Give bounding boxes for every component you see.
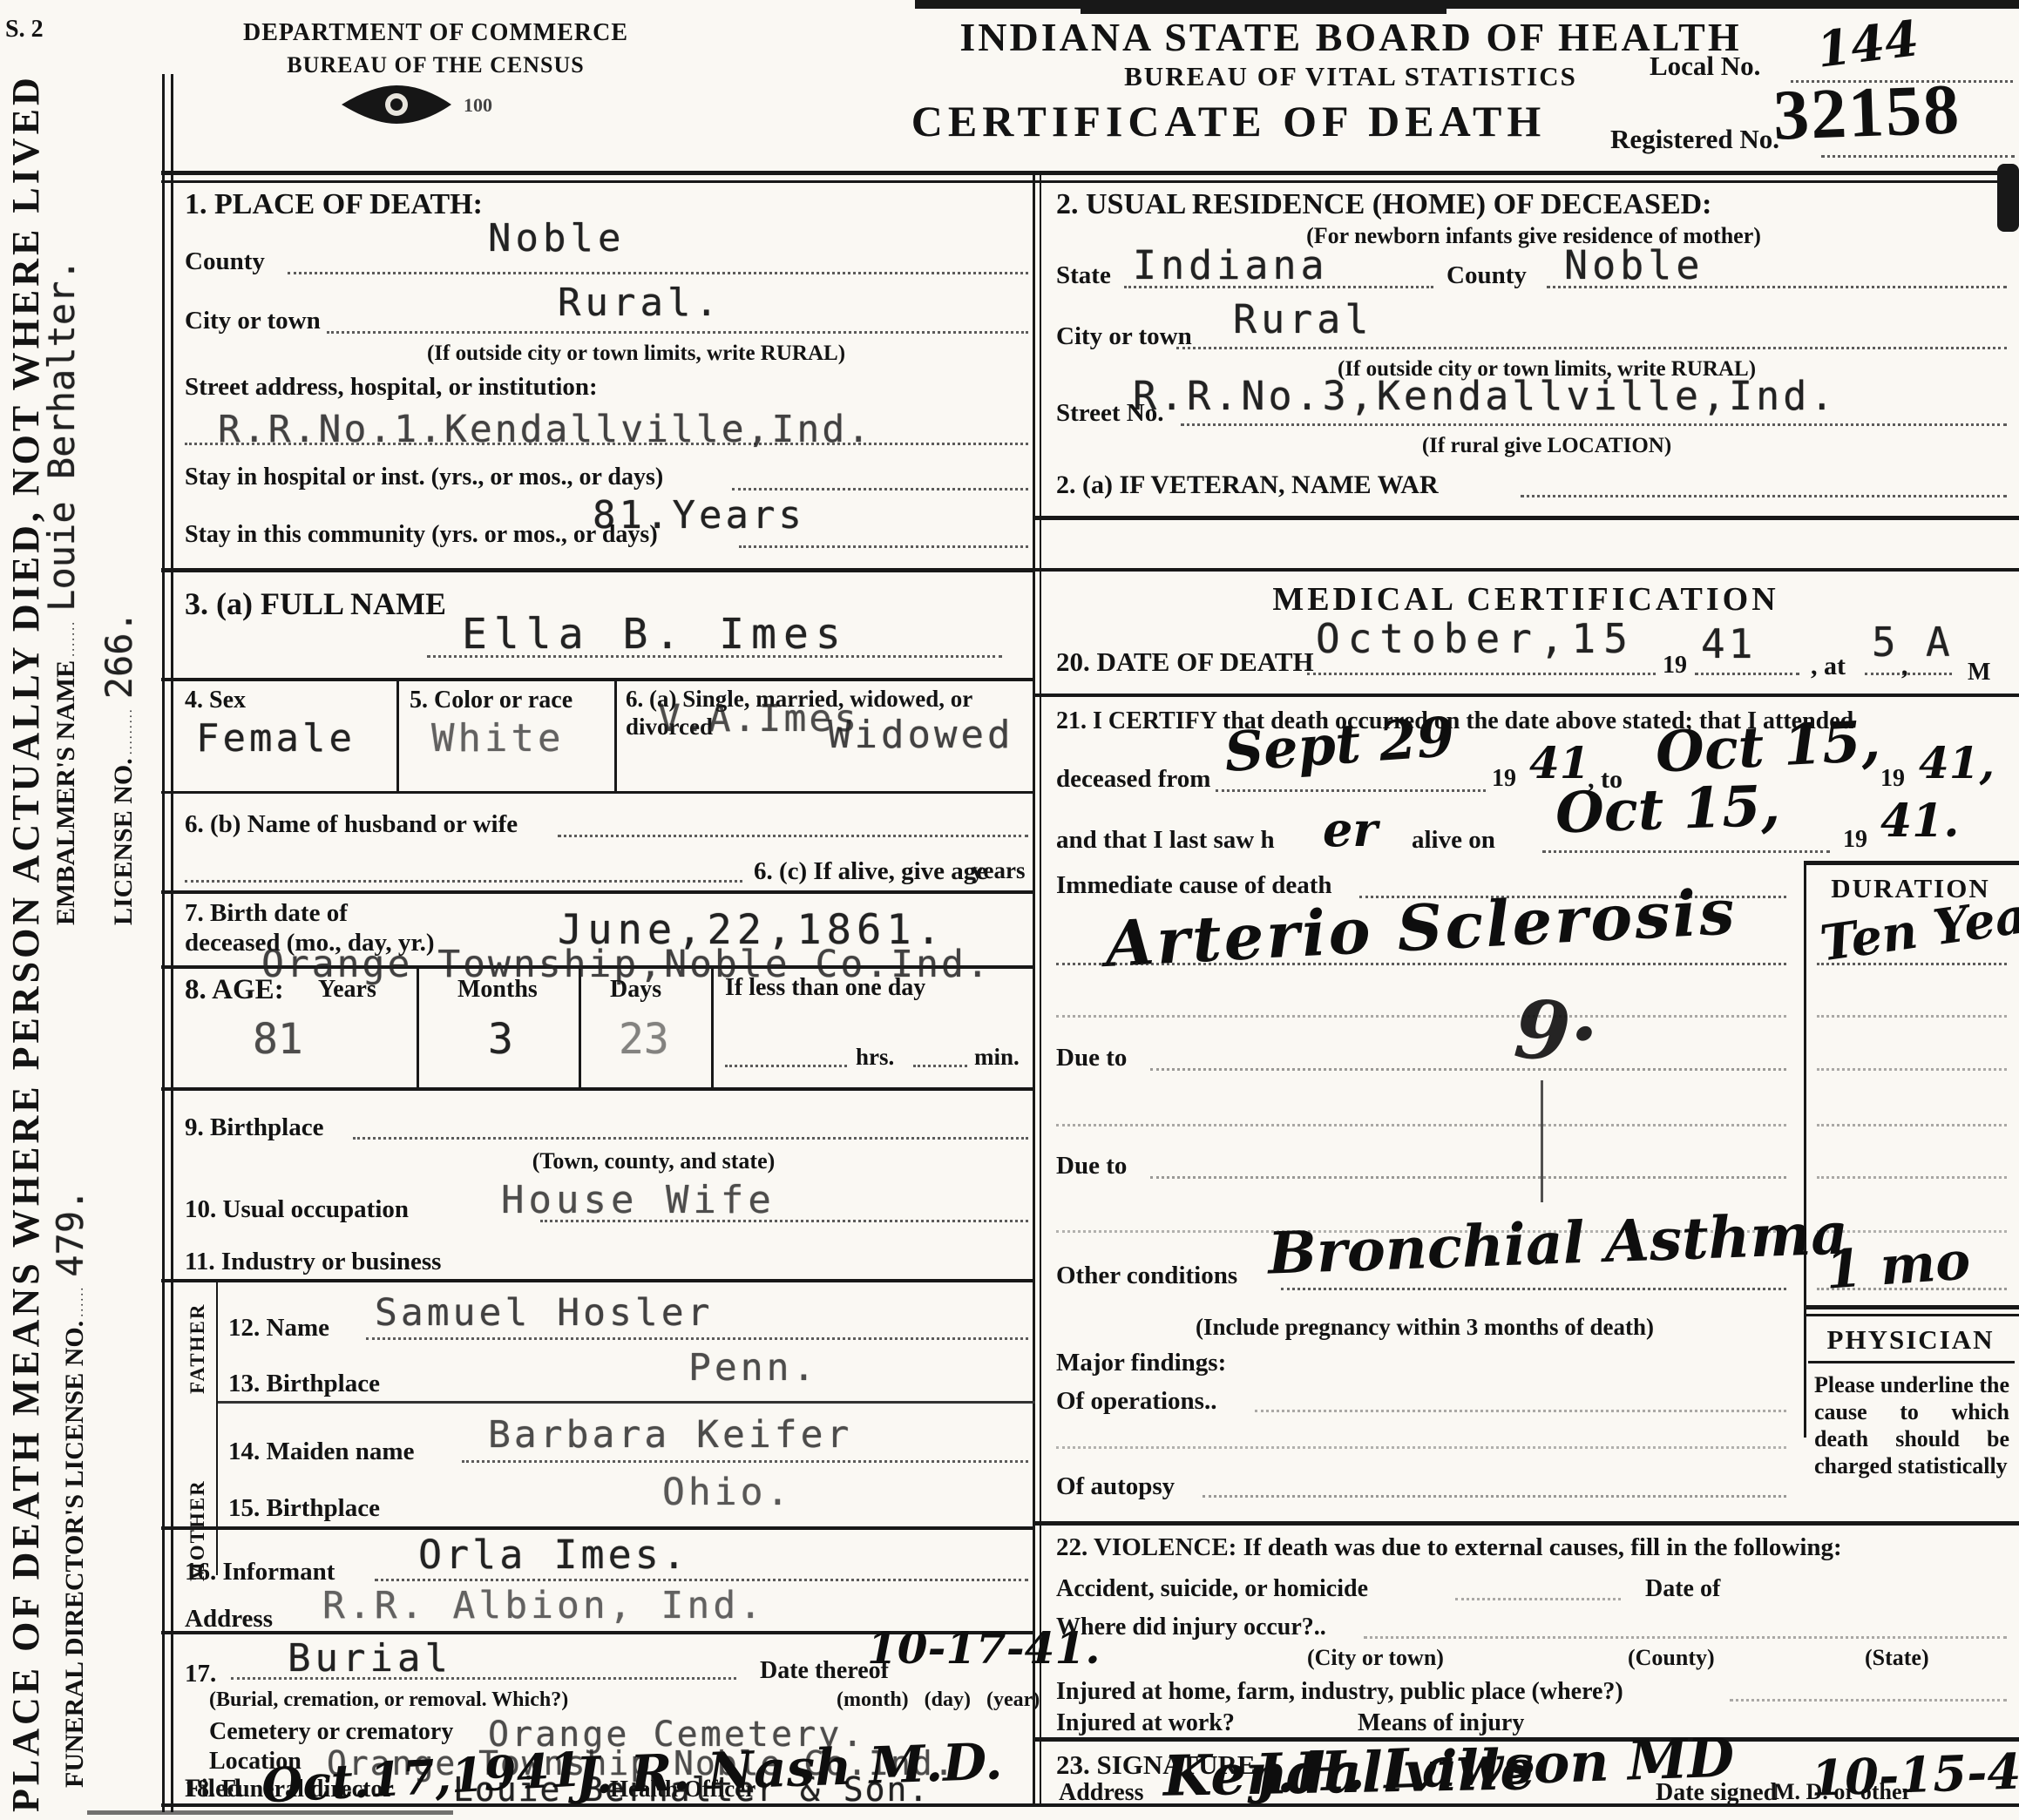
operations-line	[1255, 1410, 1786, 1412]
fd-license-label: FUNERAL DIRECTOR'S LICENSE NO.	[60, 1321, 89, 1788]
blank-dur-line-2	[1817, 1124, 2007, 1127]
informant-address-value: R.R. Albion, Ind.	[322, 1584, 765, 1627]
census-eye-seal-icon	[340, 84, 453, 125]
row11-bottom-rule	[161, 1279, 1035, 1282]
form-left-border-outer	[162, 74, 165, 1812]
embalmer-name-label: EMBALMER'S NAME	[51, 660, 80, 925]
age-hrs-line	[725, 1065, 847, 1067]
pod-county-value: Noble	[488, 216, 625, 260]
spouse-value: V.A.Imes	[658, 697, 859, 741]
row20-bottom-rule	[1033, 693, 2019, 697]
pod-city-value: Rural.	[558, 281, 722, 325]
dept-line1: DEPARTMENT OF COMMERCE	[187, 19, 684, 47]
scan-artifact-top-strip2	[1081, 0, 1446, 14]
physician-box-rule-2	[1804, 1314, 2019, 1316]
birthplace-label: 9. Birthplace	[185, 1113, 324, 1142]
age-min-line	[913, 1065, 967, 1067]
margin-embalmer-line: EMBALMER'S NAME ....... Louie Berhalter.	[40, 259, 83, 925]
age-days-value: 23	[619, 1015, 669, 1064]
age-months-value: 3	[488, 1015, 513, 1064]
violence-injured-work-label: Injured at work?	[1056, 1709, 1235, 1737]
physician-box-rule-3	[1808, 1361, 2015, 1363]
header-rule-1	[161, 171, 2019, 175]
stray-ink-tail	[1541, 1080, 1543, 1202]
violence-date-of-label: Date of	[1645, 1575, 1720, 1603]
father-tag: FATHER	[186, 1303, 209, 1394]
father-mother-divider	[216, 1401, 1035, 1404]
res-state-line	[1124, 286, 1433, 288]
birthdate-label1: 7. Birth date of	[185, 899, 348, 928]
violence-hint-city: (City or town)	[1307, 1645, 1444, 1671]
pod-city-label: City or town	[185, 307, 321, 335]
embalmer-license-label: LICENSE NO.	[109, 758, 138, 925]
section1-bottom-rule	[161, 568, 1035, 572]
res-state-label: State	[1056, 261, 1111, 290]
other-conditions-value: Bronchial Asthma	[1267, 1199, 1849, 1287]
dod-ampm-value: A	[1926, 619, 1950, 666]
physician-box-rule-1	[1804, 1305, 2019, 1309]
section2-bottom-rule	[1033, 516, 2019, 520]
disposition-number: 17.	[185, 1660, 216, 1688]
last-year-prefix: 19	[1843, 826, 1867, 854]
age-years-value: 81	[253, 1015, 303, 1064]
occupation-value: House Wife	[501, 1178, 776, 1222]
violence-injured-line	[1730, 1699, 2007, 1702]
residence-heading: 2. USUAL RESIDENCE (HOME) OF DECEASED:	[1056, 188, 1712, 221]
father-name-value: Samuel Hosler	[375, 1291, 714, 1335]
violence-where-label: Where did injury occur?..	[1056, 1614, 1326, 1641]
informant-value: Orla Imes.	[418, 1532, 689, 1578]
full-name-value: Ella B. Imes	[462, 610, 848, 659]
from-year-prefix: 19	[1492, 765, 1516, 793]
cause-line	[1056, 963, 1786, 965]
stray-ink-mark: 9·	[1511, 982, 1601, 1081]
spouse-label: 6. (b) Name of husband or wife	[185, 810, 518, 839]
res-county-label: County	[1446, 261, 1527, 290]
blank-line-1	[1056, 1015, 1786, 1018]
res-street-value: R.R.No.3,Kendallville,Ind.	[1133, 373, 1837, 419]
pod-stay-hospital-line	[732, 488, 1028, 491]
medical-heading: MEDICAL CERTIFICATION	[1033, 580, 2019, 619]
signature-address-value: Kendallville	[1162, 1737, 1535, 1809]
medbox-top-rule	[1033, 568, 2019, 572]
row8-bottom-rule	[161, 1087, 1035, 1091]
res-city-line	[1176, 347, 2007, 349]
disposition-type-hint: (Burial, cremation, or removal. Which?)	[209, 1688, 568, 1712]
race-label: 5. Color or race	[410, 687, 573, 714]
autopsy-label: Of autopsy	[1056, 1472, 1175, 1501]
column-divider-1	[1033, 174, 1035, 1803]
informant-address-label: Address	[185, 1605, 273, 1634]
major-findings-label: Major findings:	[1056, 1349, 1226, 1377]
local-no-label: Local No.	[1650, 51, 1760, 82]
fd-license-value: 479.	[49, 1189, 91, 1277]
dod-year-prefix: 19	[1663, 652, 1687, 680]
mother-maiden-value: Barbara Keifer	[488, 1413, 852, 1457]
pod-street-label: Street address, hospital, or institution…	[185, 373, 598, 402]
birthplace-line	[353, 1137, 1028, 1140]
sex-value: Female	[196, 716, 356, 761]
other-duration-value: 1 mo	[1824, 1230, 1973, 1301]
father-name-line	[366, 1337, 1028, 1340]
pod-county-line	[288, 272, 1028, 274]
father-name-label: 12. Name	[228, 1314, 329, 1343]
father-birthplace-label: 13. Birthplace	[228, 1370, 380, 1398]
date-of-death-value: October,15	[1316, 615, 1636, 662]
informant-line	[375, 1579, 1028, 1581]
row21-bottom-rule	[1033, 1521, 2019, 1526]
row456-top-rule	[161, 678, 1035, 681]
form-left-border-inner	[171, 74, 173, 1812]
due-to-label-2: Due to	[1056, 1152, 1127, 1181]
embalmer-license-value: 266.	[98, 611, 140, 699]
due-dur-line-2	[1817, 1176, 2007, 1179]
occupation-line	[540, 1220, 1028, 1222]
pod-street-line	[185, 443, 1028, 445]
mother-birthplace-value: Ohio.	[662, 1471, 792, 1514]
res-state-value: Indiana	[1133, 242, 1329, 288]
last-saw-pronoun: er	[1323, 802, 1378, 857]
violence-heading: 22. VIOLENCE: If death was due to extern…	[1056, 1533, 1842, 1562]
dod-hour-value: 5	[1872, 619, 1896, 666]
other-dur-line	[1817, 1288, 2007, 1290]
column-divider-2	[1040, 174, 1041, 1803]
row456-divider-1	[396, 678, 399, 791]
pod-city-hint: (If outside city or town limits, write R…	[331, 342, 941, 366]
industry-label: 11. Industry or business	[185, 1248, 441, 1276]
occupation-label: 10. Usual occupation	[185, 1195, 409, 1224]
duration-top-rule	[1804, 861, 2019, 865]
date-signed-value: 10-15-41	[1810, 1742, 2019, 1808]
filed-label: Filed	[185, 1774, 241, 1803]
dod-line3	[1865, 673, 1952, 675]
pod-stay-community-line	[739, 545, 1028, 548]
other-conditions-label: Other conditions	[1056, 1262, 1237, 1290]
mother-maiden-line	[462, 1460, 1028, 1463]
parents-bottom-rule	[161, 1526, 1035, 1530]
dept-line2: BUREAU OF THE CENSUS	[187, 52, 684, 78]
parents-bracket-line2	[216, 1401, 218, 1575]
pregnancy-hint: (Include pregnancy within 3 months of de…	[1098, 1314, 1751, 1341]
dod-line2	[1695, 673, 1799, 675]
from-line	[1216, 789, 1486, 792]
blank-dur-line-1	[1817, 1015, 2007, 1018]
disposition-type-value: Burial	[288, 1636, 452, 1681]
physician-heading: PHYSICIAN	[1808, 1324, 2013, 1356]
signature-address-label: Address	[1059, 1779, 1144, 1807]
violence-where-line	[1364, 1636, 2007, 1639]
res-street-line	[1181, 423, 2007, 426]
res-county-line	[1547, 286, 2007, 288]
row456-bottom-rule	[161, 791, 1035, 794]
full-name-label: 3. (a) FULL NAME	[185, 585, 446, 622]
blank-line-2	[1056, 1124, 1786, 1127]
pod-county-label: County	[185, 247, 265, 276]
autopsy-line	[1203, 1495, 1786, 1498]
due-to-line-2	[1150, 1176, 1786, 1179]
spouse-line	[558, 835, 1028, 837]
row6c-bottom-rule	[161, 890, 1035, 894]
registered-no-value: 32158	[1772, 68, 1961, 156]
cause-label: Immediate cause of death	[1056, 871, 1332, 900]
birthplace-hint: (Town, county, and state)	[436, 1148, 871, 1174]
veteran-label: 2. (a) IF VETERAN, NAME WAR	[1056, 470, 1439, 500]
father-birthplace-value: Penn.	[688, 1346, 818, 1390]
race-value: White	[431, 716, 564, 761]
to-year-value: 41,	[1919, 737, 1995, 788]
to-year-prefix: 19	[1880, 765, 1905, 793]
dod-at-label: , at	[1811, 652, 1846, 681]
alive-units-label: years	[972, 857, 1025, 884]
dod-line1	[1307, 673, 1656, 675]
date-signed-label: Date signed	[1656, 1779, 1777, 1807]
header-rule-2	[161, 180, 2019, 183]
cause-duration-line	[1817, 963, 2007, 965]
res-street-hint: (If rural give LOCATION)	[1264, 434, 1830, 458]
informant-label: 16. Informant	[185, 1558, 335, 1587]
other-conditions-line	[1281, 1288, 1786, 1290]
age-hrs-label: hrs.	[856, 1044, 894, 1071]
due-to-line-1	[1150, 1068, 1786, 1071]
operations-label: Of operations..	[1056, 1387, 1216, 1416]
margin-license-line: LICENSE NO. ......... 266.	[98, 611, 140, 925]
date-of-death-label: 20. DATE OF DEATH	[1056, 646, 1314, 678]
disposition-date-hint: (month) (day) (year)	[837, 1688, 1040, 1712]
blank-line-4	[1056, 1446, 1786, 1449]
dod-comma: ,	[1901, 652, 1908, 681]
birthplace-value: Orange Township,Noble Co.Ind.	[261, 943, 992, 986]
embalmer-name-value: Louie Berhalter.	[40, 259, 83, 612]
violence-accident-label: Accident, suicide, or homicide	[1056, 1575, 1368, 1603]
res-city-value: Rural	[1233, 296, 1372, 342]
pod-city-line	[327, 331, 1028, 334]
violence-hint-state: (State)	[1865, 1645, 1929, 1671]
last-line	[1542, 850, 1830, 853]
registered-no-line	[1821, 155, 2015, 158]
dod-m-label: M	[1968, 659, 1990, 687]
res-county-value: Noble	[1564, 242, 1704, 288]
full-name-line	[427, 655, 1002, 658]
row456-divider-2	[614, 678, 617, 791]
duration-divider	[1804, 861, 1806, 1438]
seal-note: 100	[464, 94, 492, 117]
alive-line	[185, 880, 742, 883]
mother-birthplace-label: 15. Birthplace	[228, 1494, 380, 1523]
sex-label: 4. Sex	[185, 687, 246, 714]
last-saw-label: and that I last saw h	[1056, 826, 1275, 855]
last-year-value: 41.	[1880, 795, 1959, 848]
place-of-death-heading: 1. PLACE OF DEATH:	[185, 188, 483, 221]
age-min-label: min.	[974, 1044, 1020, 1071]
local-no-value: 144	[1813, 10, 1921, 79]
due-dur-line-1	[1817, 1068, 2007, 1071]
margin-fd-license-line: FUNERAL DIRECTOR'S LICENSE NO. ...... 47…	[49, 1189, 91, 1788]
last-alive-date: Oct 15,	[1555, 774, 1781, 847]
registered-no-label: Registered No.	[1610, 124, 1779, 155]
death-certificate-scan: PLACE OF DEATH MEANS WHERE PERSON ACTUAL…	[0, 0, 2019, 1820]
dod-year-value: 41	[1701, 620, 1756, 667]
violence-hint-county: (County)	[1628, 1645, 1715, 1671]
violence-injured-at-label: Injured at home, farm, industry, public …	[1056, 1678, 1623, 1706]
deceased-from-label: deceased from	[1056, 765, 1210, 794]
cemetery-label: Cemetery or crematory	[209, 1718, 453, 1746]
res-street-label: Street No.	[1056, 399, 1163, 428]
alive-on-label: alive on	[1412, 826, 1495, 855]
physician-note: Please underline the cause to which deat…	[1814, 1371, 2009, 1479]
mother-maiden-label: 14. Maiden name	[228, 1438, 414, 1466]
res-city-label: City or town	[1056, 322, 1192, 351]
pod-stay-community-label: Stay in this community (yrs. or mos., or…	[185, 521, 658, 549]
alive-label: 6. (c) If alive, give age	[754, 857, 987, 886]
veteran-line	[1521, 495, 2007, 497]
disposition-line	[231, 1677, 736, 1680]
due-to-label-1: Due to	[1056, 1044, 1127, 1072]
form-code: S. 2	[5, 16, 44, 44]
violence-accident-line	[1455, 1598, 1621, 1600]
pod-stay-hospital-label: Stay in hospital or inst. (yrs., or mos.…	[185, 463, 663, 491]
